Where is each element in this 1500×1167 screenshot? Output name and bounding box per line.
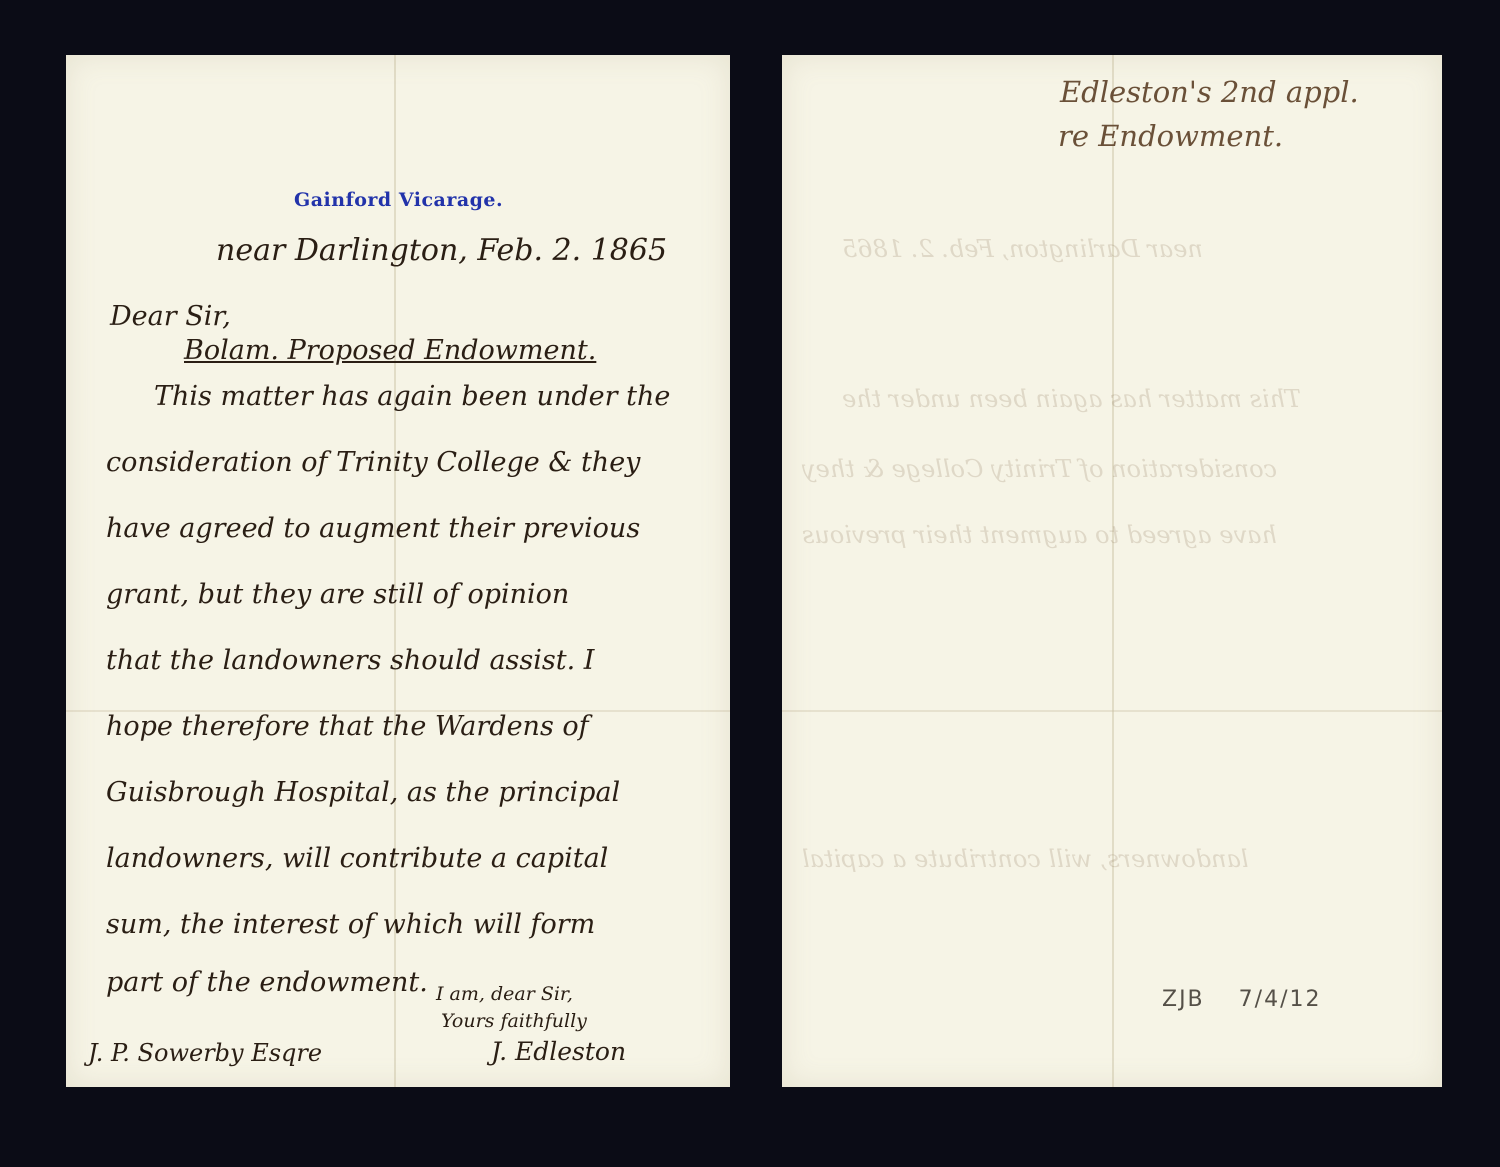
bleed-through-text: This matter has again been under the [842, 385, 1301, 413]
closing-line: Yours faithfully [441, 1010, 587, 1032]
bleed-through-text: consideration of Trinity College & they [802, 455, 1277, 483]
signature: J. Edleston [491, 1037, 626, 1066]
body-line: part of the endowment. [106, 967, 428, 998]
body-line: This matter has again been under the [154, 381, 670, 412]
bleed-through-text: landowners, will contribute a capital [802, 845, 1249, 873]
salutation: Dear Sir, [110, 301, 231, 332]
fold-line [782, 710, 1442, 712]
docket-note: re Endowment. [1058, 119, 1283, 153]
body-line: that the landowners should assist. I [106, 645, 594, 676]
addressee: J. P. Sowerby Esqre [88, 1039, 322, 1067]
docket-note: Edleston's 2nd appl. [1060, 75, 1359, 109]
body-line: have agreed to augment their previous [106, 513, 640, 544]
body-line: hope therefore that the Wardens of [106, 711, 589, 742]
archive-date: 7/4/12 [1239, 987, 1322, 1012]
bleed-through-text: have agreed to augment their previous [802, 521, 1277, 549]
fold-line [1112, 55, 1114, 1087]
subject-line: Bolam. Proposed Endowment. [184, 335, 596, 366]
body-line: Guisbrough Hospital, as the principal [106, 777, 620, 808]
body-line: consideration of Trinity College & they [106, 447, 640, 478]
archive-stamp: ZJB7/4/12 [1162, 987, 1321, 1012]
bleed-through-text: near Darlington, Feb. 2. 1865 [842, 235, 1203, 263]
body-line: sum, the interest of which will form [106, 909, 595, 940]
closing-line: I am, dear Sir, [436, 983, 573, 1005]
archive-initials: ZJB [1162, 987, 1205, 1012]
body-line: grant, but they are still of opinion [106, 579, 569, 610]
place-date: near Darlington, Feb. 2. 1865 [216, 233, 667, 268]
letter-front-page: Gainford Vicarage. near Darlington, Feb.… [66, 55, 730, 1087]
body-line: landowners, will contribute a capital [106, 843, 608, 874]
letter-reverse-page: Edleston's 2nd appl. re Endowment. near … [782, 55, 1442, 1087]
letterhead: Gainford Vicarage. [294, 189, 503, 211]
